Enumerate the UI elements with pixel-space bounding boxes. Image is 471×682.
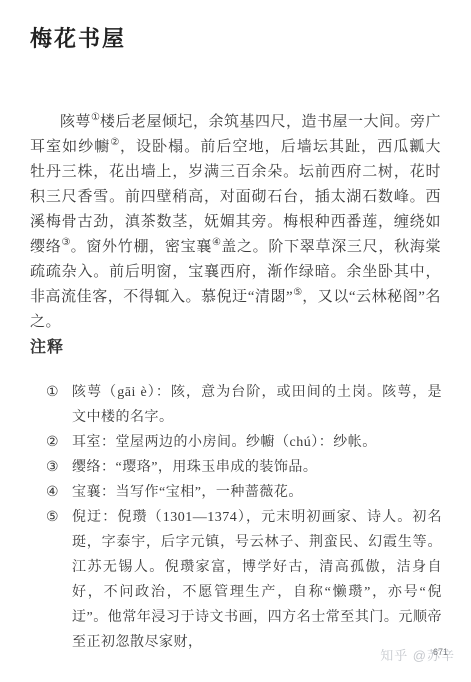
note-item: ⑤倪迂：倪瓒（1301—1374），元末明初画家、诗人。初名珽，字泰宇，后字元镇… <box>46 505 442 655</box>
note-text: 缨络：“璎珞”，用珠玉串成的装饰品。 <box>72 455 442 480</box>
note-text: 倪迂：倪瓒（1301—1374），元末明初画家、诗人。初名珽，字泰宇，后字元镇，… <box>72 505 442 655</box>
page-title: 梅花书屋 <box>30 22 126 53</box>
note-ref: ④ <box>212 237 221 248</box>
note-ref: ③ <box>61 237 70 248</box>
note-marker: ③ <box>46 455 72 480</box>
note-item: ③缨络：“璎珞”，用珠玉串成的装饰品。 <box>46 455 442 480</box>
notes-heading: 注释 <box>30 334 64 357</box>
page-number: 671 <box>433 647 448 657</box>
note-marker: ⑤ <box>46 505 72 530</box>
note-item: ①陔萼（gāi è）：陔，意为台阶，或田间的土岗。陔萼，是文中楼的名字。 <box>46 380 442 430</box>
note-ref: ① <box>91 112 100 123</box>
note-text: 陔萼（gāi è）：陔，意为台阶，或田间的土岗。陔萼，是文中楼的名字。 <box>72 380 442 430</box>
note-item: ④宝襄：当写作“宝相”，一种蔷薇花。 <box>46 480 442 505</box>
note-ref: ② <box>110 137 120 148</box>
document-page: 梅花书屋 陔萼①楼后老屋倾圮，余筑基四尺，造书屋一大间。旁广耳室如纱幮②，设卧榻… <box>0 0 471 682</box>
note-text: 宝襄：当写作“宝相”，一种蔷薇花。 <box>72 480 442 505</box>
note-marker: ④ <box>46 480 72 505</box>
note-marker: ② <box>46 430 72 455</box>
note-item: ②耳室：堂屋两边的小房间。纱幮（chú）：纱帐。 <box>46 430 442 455</box>
note-ref: ⑤ <box>293 287 302 298</box>
note-text: 耳室：堂屋两边的小房间。纱幮（chú）：纱帐。 <box>72 430 442 455</box>
body-paragraph: 陔萼①楼后老屋倾圮，余筑基四尺，造书屋一大间。旁广耳室如纱幮②，设卧榻。前后空地… <box>30 110 441 335</box>
note-marker: ① <box>46 380 72 405</box>
notes-list: ①陔萼（gāi è）：陔，意为台阶，或田间的土岗。陔萼，是文中楼的名字。②耳室：… <box>46 380 442 655</box>
